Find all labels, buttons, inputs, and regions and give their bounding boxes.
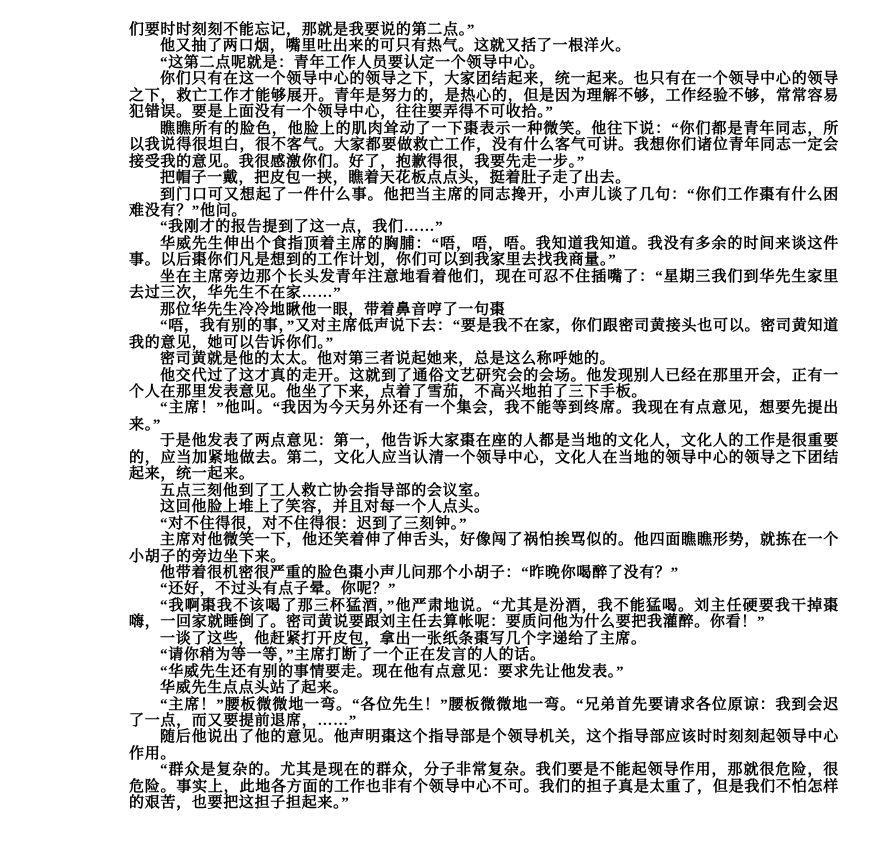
paragraph: 瞧瞧所有的脸色，他脸上的肌肉耸动了一下棗表示一种微笑。他往下说：“你们都是青年同… bbox=[129, 121, 839, 170]
paragraph: 密司黄就是他的太太。他对第三者说起她来，总是这么称呼她的。 bbox=[129, 351, 839, 367]
paragraph: “对不住得很，对不住得很：迟到了三刻钟。” bbox=[129, 516, 839, 532]
paragraph: “还好，不过头有点子晕。你呢？” bbox=[129, 581, 839, 597]
paragraph: “我啊棗我不该喝了那三杯猛酒，”他严肃地说。“尤其是汾酒，我不能猛喝。刘主任硬要… bbox=[129, 598, 839, 631]
paragraph: 一谈了这些，他赶紧打开皮包，拿出一张纸条棗写几个字递给了主席。 bbox=[129, 631, 839, 647]
paragraph: “主席！”腰板微微地一弯。“各位先生！”腰板微微地一弯。“兄弟首先要请求各位原谅… bbox=[129, 697, 839, 730]
paragraph: “主席！”他叫。“我因为今天另外还有一个集会，我不能等到终席。我现在有点意见，想… bbox=[129, 400, 839, 433]
paragraph: 到门口可又想起了一件什么事。他把当主席的同志搀开，小声儿谈了几句：“你们工作棗有… bbox=[129, 187, 839, 220]
paragraph: 华威先生点点头站了起来。 bbox=[129, 680, 839, 696]
paragraph: “请你稍为等一等，”主席打断了一个正在发言的人的话。 bbox=[129, 647, 839, 663]
text-block: 们要时时刻刻不能忘记，那就是我要说的第二点。” 他又抽了两口烟，嘴里吐出来的可只… bbox=[129, 22, 839, 812]
paragraph: “唔，我有别的事，”又对主席低声说下去：“要是我不在家，你们跟密司黄接头也可以。… bbox=[129, 318, 839, 351]
paragraph: 主席对他微笑一下，他还笑着伸了伸舌头，好像闯了祸怕挨骂似的。他四面瞧瞧形势，就拣… bbox=[129, 532, 839, 565]
paragraph: 华威先生伸出个食指顶着主席的胸脯：“唔，唔，唔。我知道我知道。我没有多余的时间来… bbox=[129, 236, 839, 269]
paragraph: “华威先生还有别的事情要走。现在他有点意见：要求先让他发表。” bbox=[129, 664, 839, 680]
document-page: 们要时时刻刻不能忘记，那就是我要说的第二点。” 他又抽了两口烟，嘴里吐出来的可只… bbox=[0, 0, 870, 842]
paragraph: 这回他脸上堆上了笑容，并且对每一个人点头。 bbox=[129, 499, 839, 515]
paragraph: “我刚才的报告提到了这一点，我们……” bbox=[129, 219, 839, 235]
paragraph: 他交代过了这才真的走开。这就到了通俗文艺研究会的会场。他发现别人已经在那里开会，… bbox=[129, 368, 839, 401]
paragraph: 坐在主席旁边那个长头发青年注意地看着他们，现在可忍不住插嘴了：“星期三我们到华先… bbox=[129, 269, 839, 302]
paragraph: “群众是复杂的。尤其是现在的群众，分子非常复杂。我们要是不能起领导作用，那就很危… bbox=[129, 762, 839, 811]
paragraph: “这第二点呢就是：青年工作人员要认定一个领导中心。 bbox=[129, 55, 839, 71]
paragraph: 你们只有在这一个领导中心的领导之下，大家团结起来，统一起来。也只有在一个领导中心… bbox=[129, 71, 839, 120]
paragraph: 随后他说出了他的意见。他声明棗这个指导部是个领导机关，这个指导部应该时时刻刻起领… bbox=[129, 729, 839, 762]
paragraph: 五点三刻他到了工人救亡协会指导部的会议室。 bbox=[129, 483, 839, 499]
paragraph: 他又抽了两口烟，嘴里吐出来的可只有热气。这就又括了一根洋火。 bbox=[129, 38, 839, 54]
paragraph: 们要时时刻刻不能忘记，那就是我要说的第二点。” bbox=[129, 22, 839, 38]
paragraph: 把帽子一戴，把皮包一挟，瞧着天花板点点头，挺着肚子走了出去。 bbox=[129, 170, 839, 186]
paragraph: 于是他发表了两点意见：第一，他告诉大家棗在座的人都是当地的文化人，文化人的工作是… bbox=[129, 433, 839, 482]
paragraph: 他带着很机密很严重的脸色棗小声儿问那个小胡子：“昨晚你喝醉了没有？” bbox=[129, 565, 839, 581]
paragraph: 那位华先生冷冷地瞅他一眼，带着鼻音哼了一句棗 bbox=[129, 302, 839, 318]
